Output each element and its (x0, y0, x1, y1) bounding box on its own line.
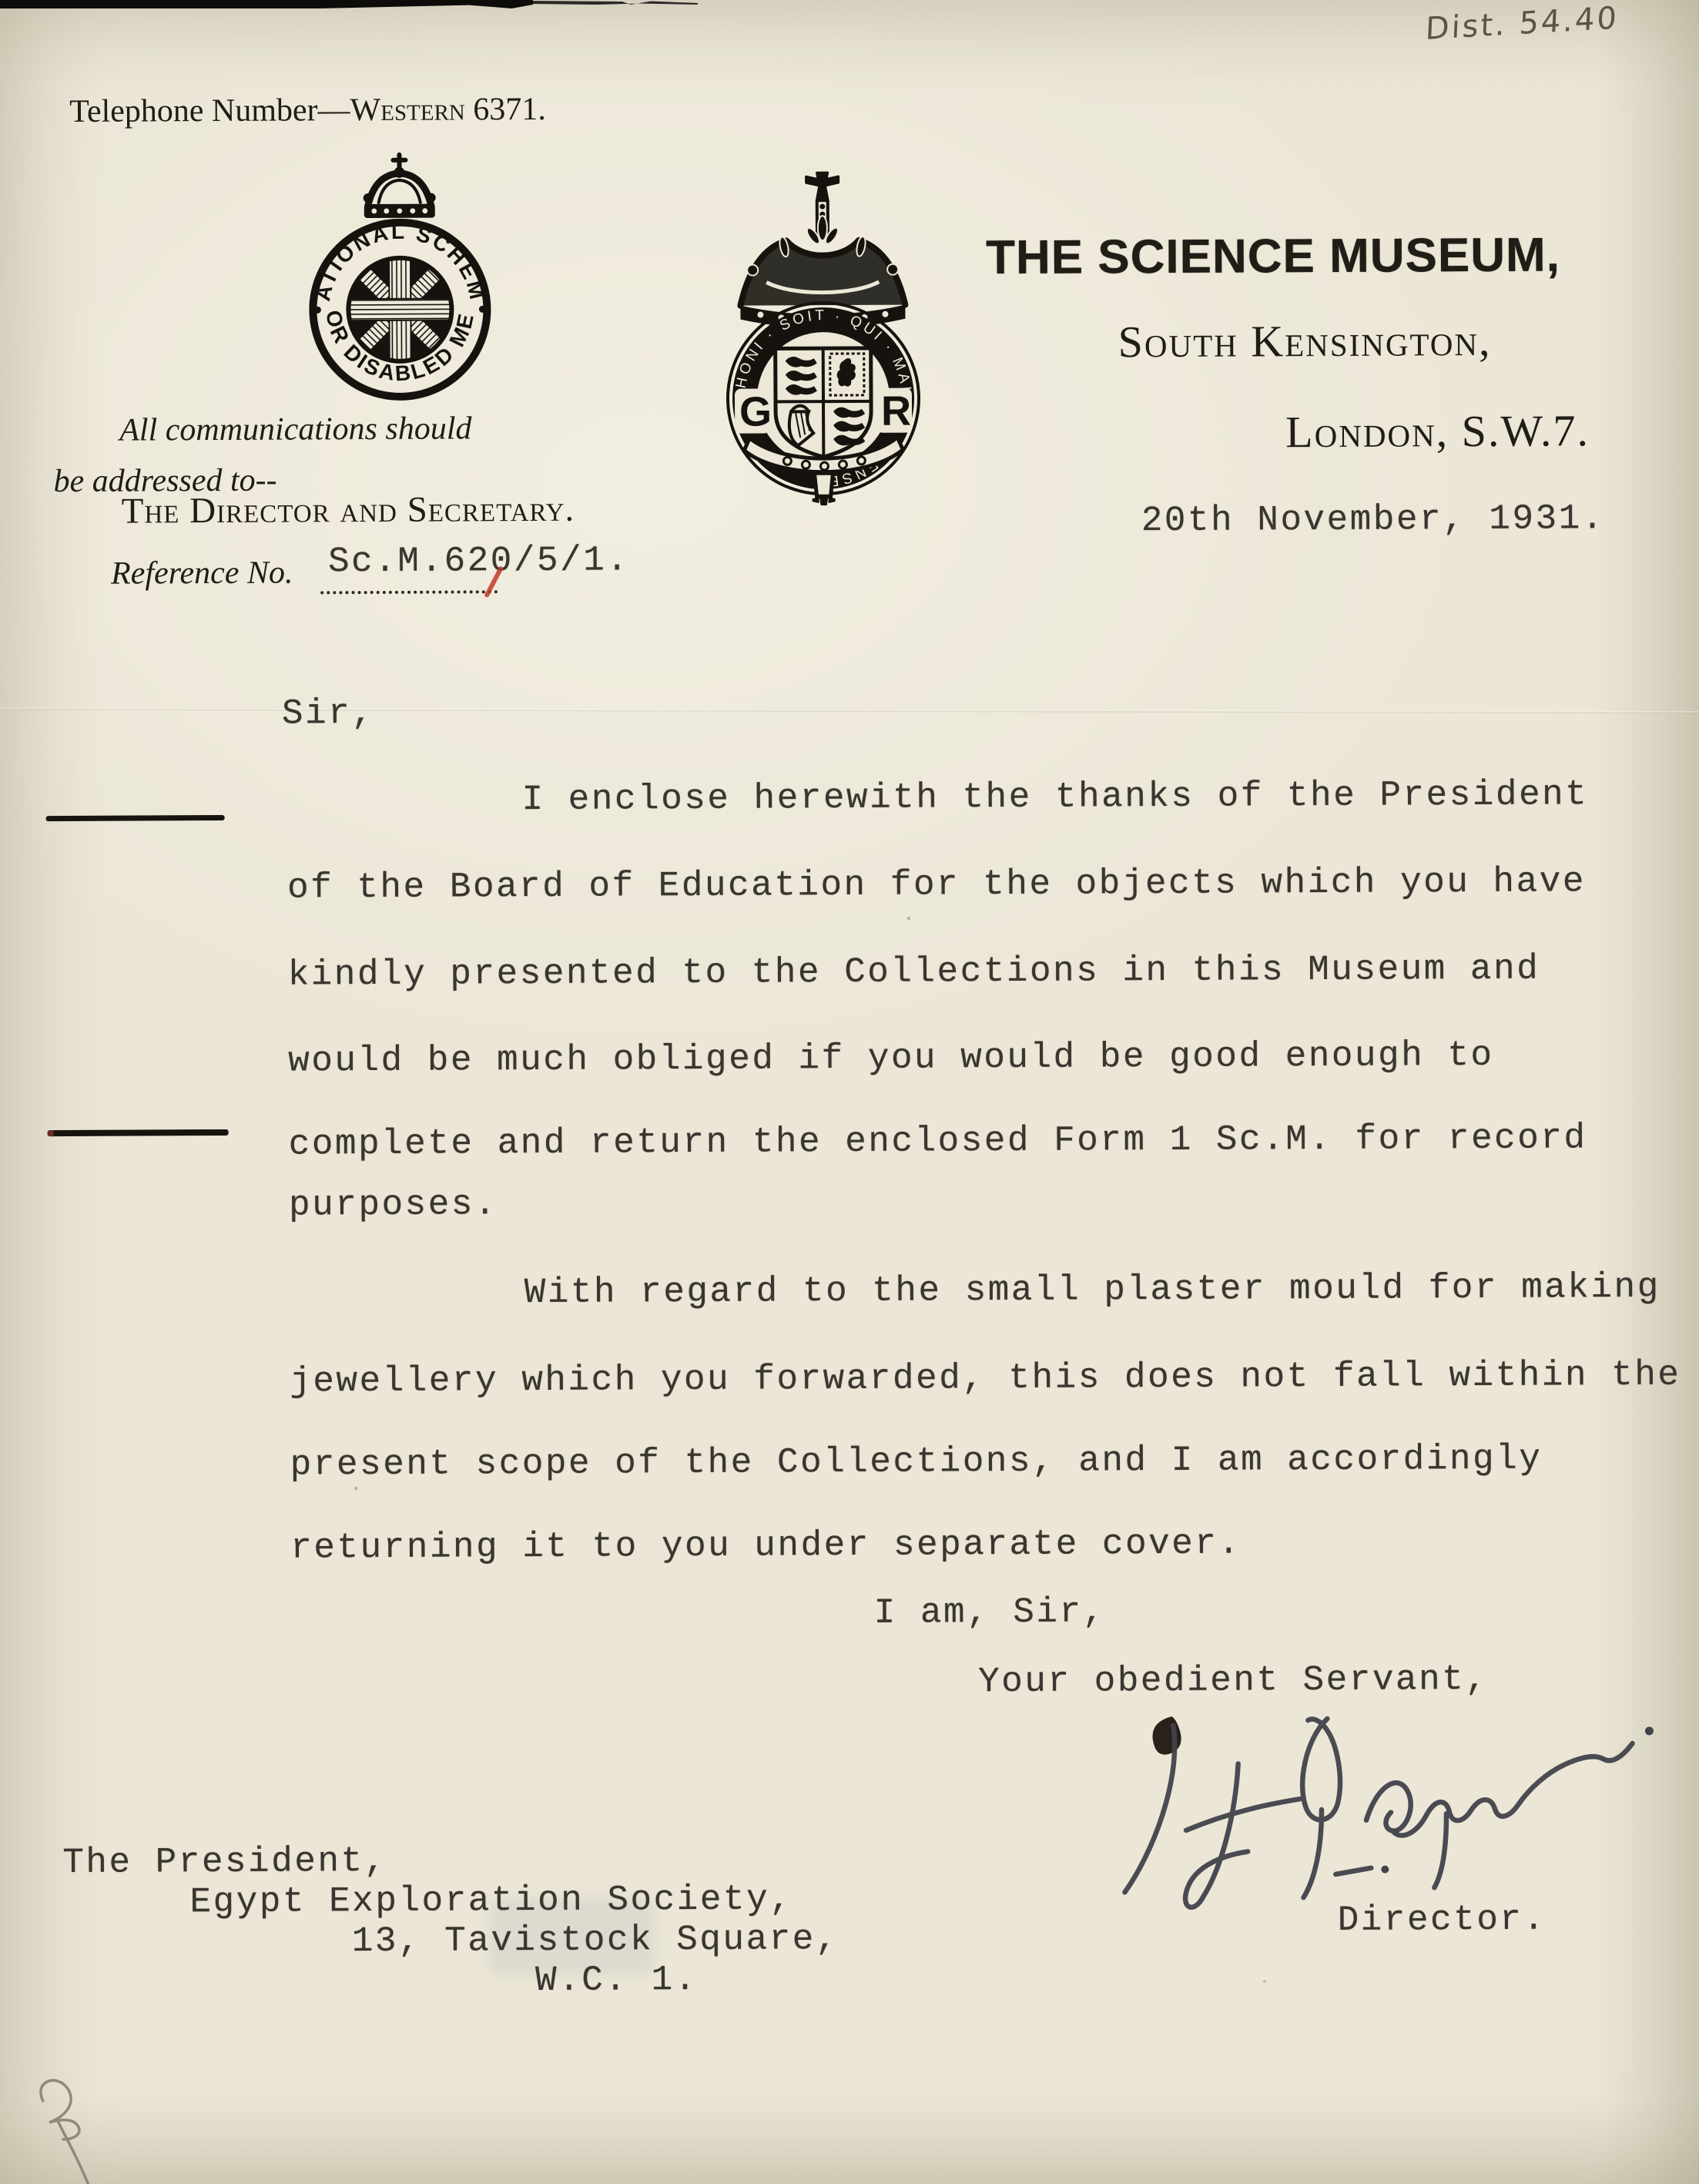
archive-number-note: Dist. 54.40 (1425, 0, 1620, 47)
body-line: would be much obliged if you would be go… (288, 1035, 1494, 1082)
body-line: jewellery which you forwarded, this does… (290, 1355, 1681, 1403)
royal-arms-icon: HONI · SOIT · QUI · MAL · Y · PENSE G R (715, 166, 931, 508)
director-secretary-line: The Director and Secretary. (122, 488, 575, 532)
telephone-exchange: Western (350, 92, 464, 128)
arms-shield (776, 348, 872, 458)
letter-date: 20th November, 1931. (1141, 498, 1605, 542)
telephone-number: 6371. (465, 92, 546, 128)
body-line: purposes. (289, 1184, 498, 1226)
signer-title: Director. (1338, 1900, 1547, 1941)
reference-label: Reference No. (111, 555, 293, 592)
badge-crown (363, 155, 435, 218)
margin-dash-2 (48, 1129, 229, 1136)
pencil-squiggle (15, 2072, 116, 2184)
body-line: With regard to the small plaster mould f… (524, 1267, 1660, 1313)
arms-initial-r: R (881, 388, 911, 434)
director-signature (1097, 1688, 1668, 1922)
body-line: kindly presented to the Collections in t… (288, 949, 1540, 996)
badge-dot-right (479, 306, 486, 313)
body-line: I enclose herewith the thanks of the Pre… (521, 774, 1588, 820)
body-line: complete and return the enclosed Form 1 … (289, 1118, 1587, 1165)
salutation: Sir, (282, 693, 375, 734)
body-line: returning it to you under separate cover… (290, 1524, 1242, 1569)
telephone-line: Telephone Number—Western 6371. (69, 91, 546, 130)
recipient-line: 13, Tavistock Square, (352, 1919, 839, 1962)
telephone-prefix: Telephone Number— (69, 92, 350, 129)
margin-dash-1 (46, 815, 225, 821)
recipient-line: Egypt Exploration Society, (189, 1879, 793, 1923)
arms-initial-g: G (739, 388, 772, 434)
closing-line-1: I am, Sir, (874, 1592, 1106, 1633)
scanned-content: Dist. 54.40 Telephone Number—Western 637… (0, 0, 1699, 2184)
org-name: THE SCIENCE MUSEUM, (986, 227, 1560, 285)
recipient-line: The President, (62, 1841, 387, 1884)
red-pen-mark (470, 562, 516, 601)
badge-dot-left (314, 307, 321, 314)
national-scheme-badge-icon: NATIONAL SCHEME FOR DISABLED MEN (287, 149, 512, 406)
org-address-line1: South Kensington, (1118, 314, 1491, 367)
org-address-line2: London, S.W.7. (1285, 404, 1590, 458)
recipient-line: W.C. 1. (535, 1960, 698, 2001)
letter-page: Dist. 54.40 Telephone Number—Western 637… (0, 0, 1699, 2184)
body-line: of the Board of Education for the object… (287, 861, 1586, 908)
body-line: present scope of the Collections, and I … (290, 1439, 1543, 1486)
communications-note-line1: All communications should (119, 410, 472, 448)
